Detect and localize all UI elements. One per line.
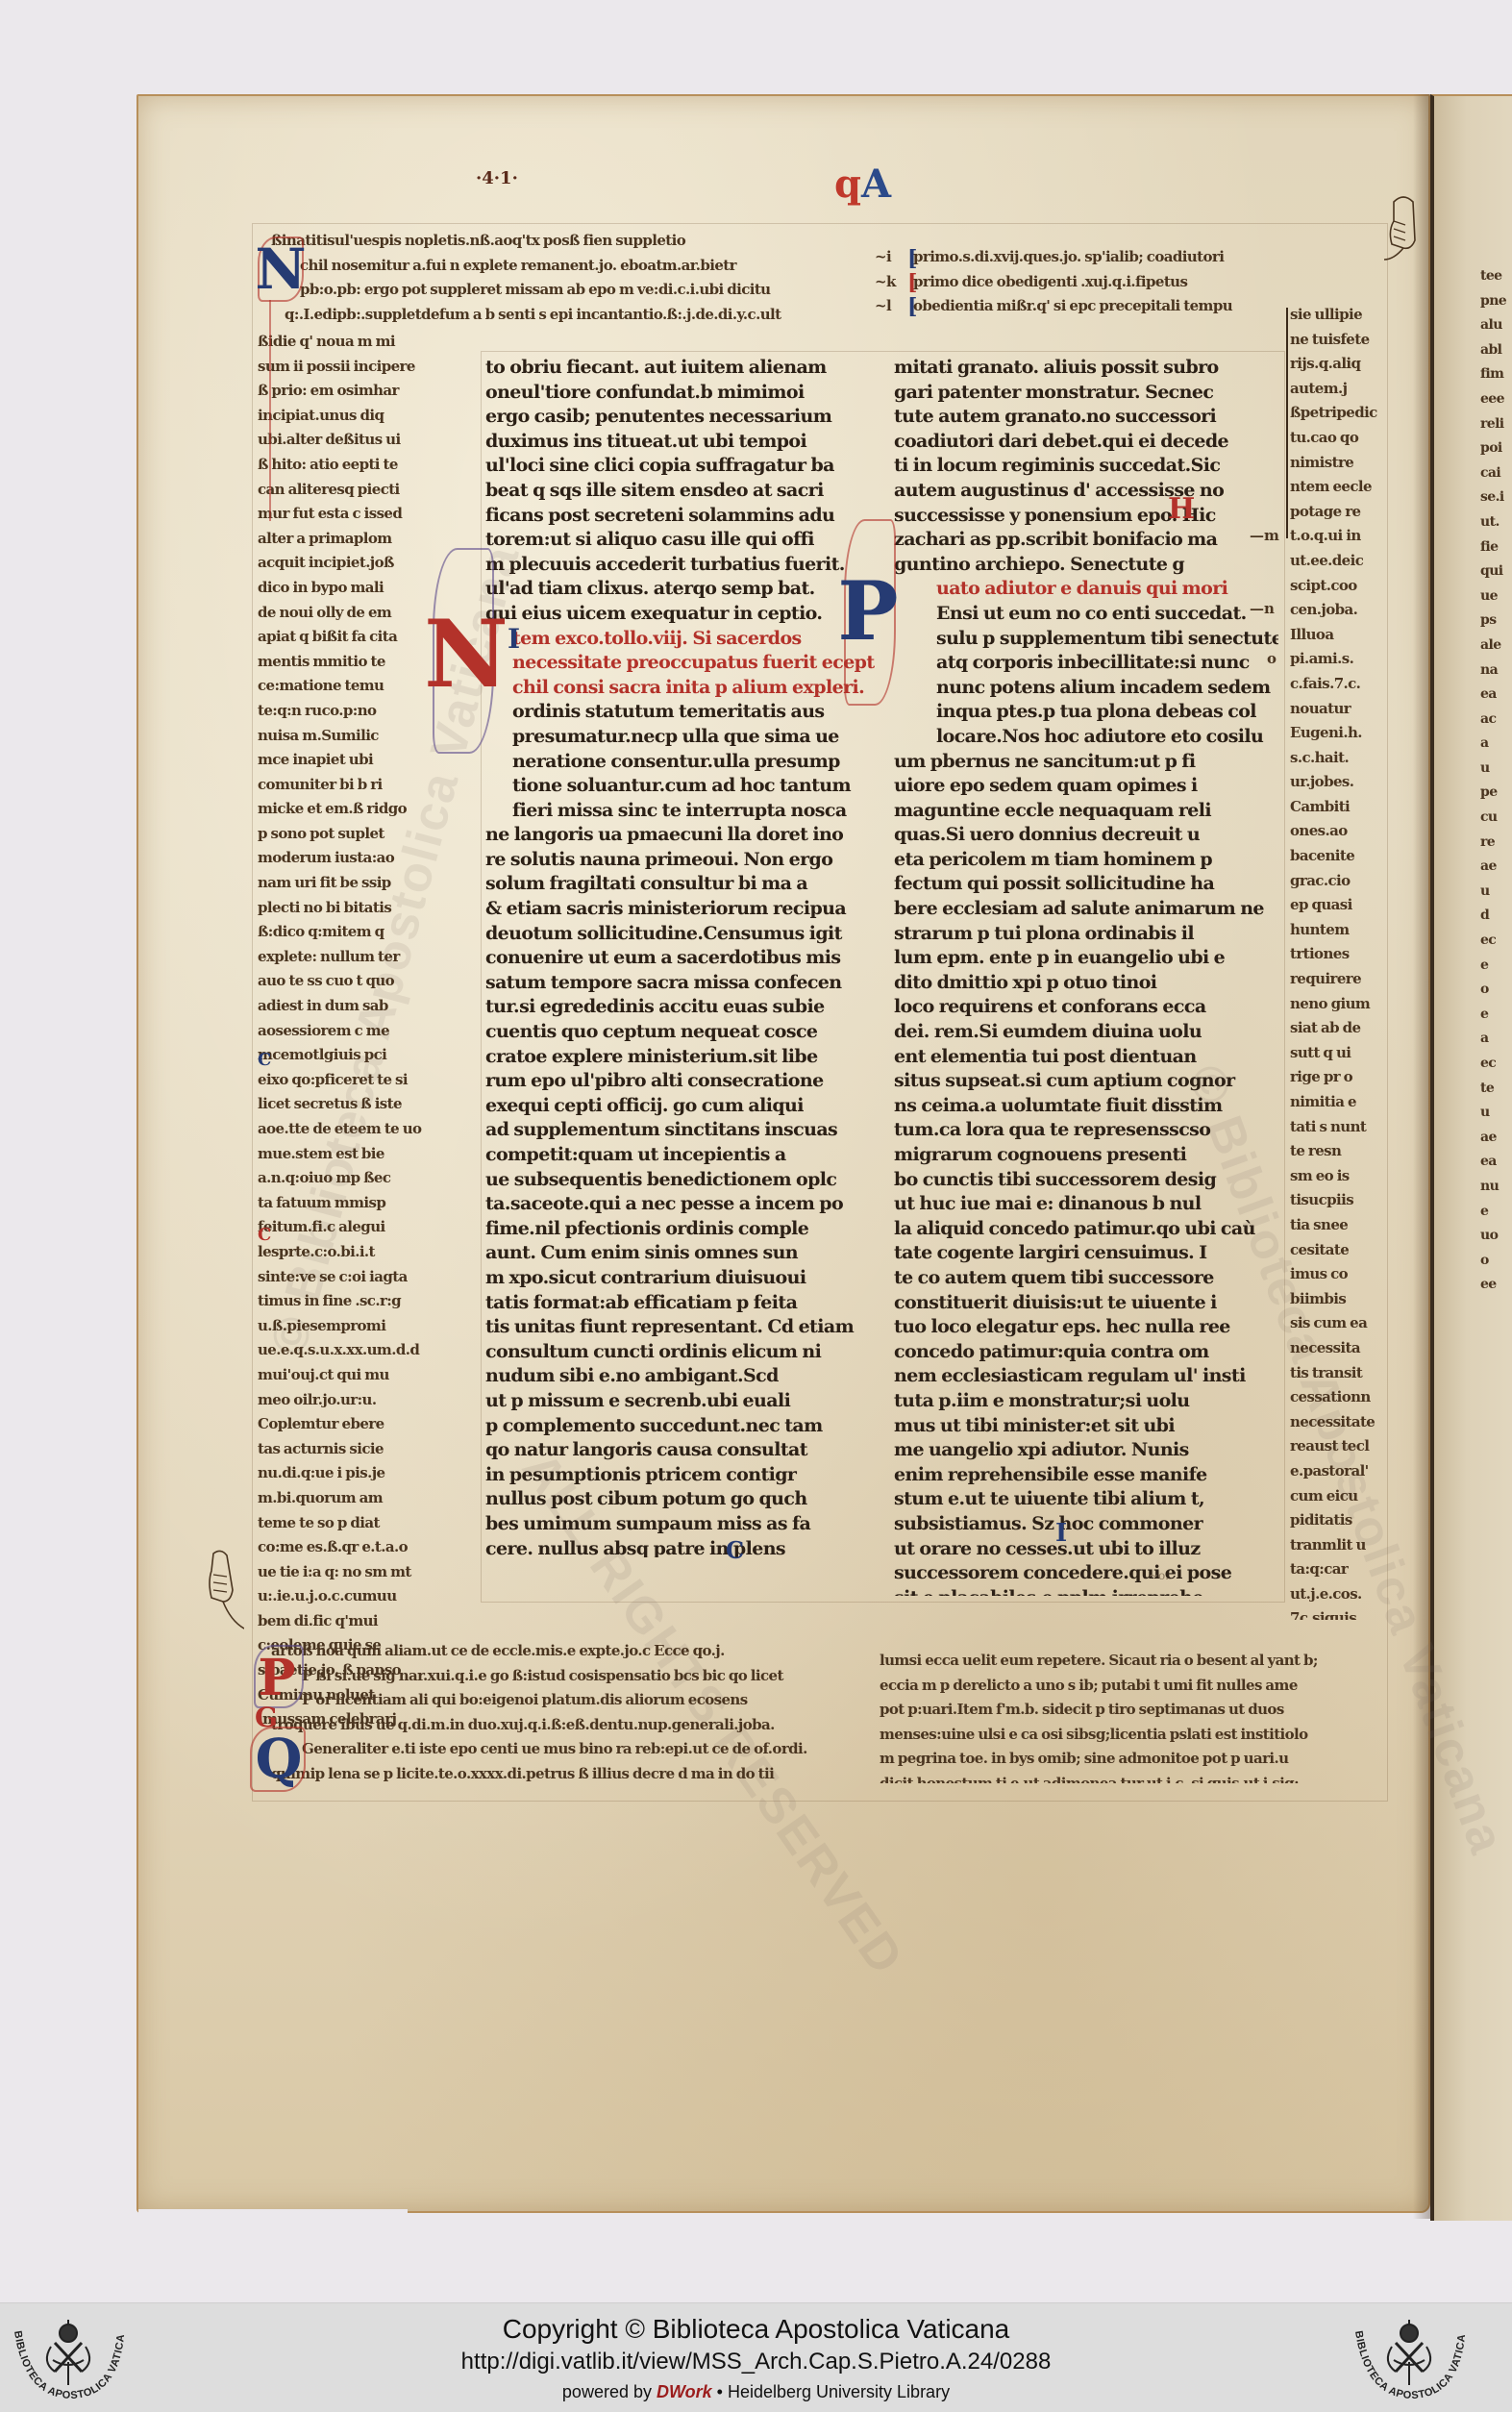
gloss-line: menses:uine ulsi e ca osi sibsg;licentia… — [880, 1723, 1351, 1748]
gloss-line: 7c.siquis — [1290, 1606, 1378, 1620]
gloss-line: Cambiti — [1290, 795, 1378, 820]
text-line: inqua ptes.p tua plona debeas col — [894, 700, 1278, 725]
text-line: aunt. Cum enim sinis omnes sun — [485, 1241, 875, 1266]
gloss-line: reaust tecl — [1290, 1434, 1378, 1459]
text-line: bes umimum sumpaum miss as fa — [485, 1512, 875, 1537]
gloss-line: a — [1480, 1027, 1512, 1052]
text-line: locare.Nos hoc adiutore eto cosilu — [894, 725, 1278, 750]
gloss-line: tu.cao qo — [1290, 426, 1378, 451]
copyright-text: Copyright © Biblioteca Apostolica Vatica… — [0, 2313, 1512, 2346]
gloss-line: ß:dico q:mitem q — [258, 920, 427, 945]
gloss-line: tati s nunt — [1290, 1115, 1378, 1140]
text-line: tate cogente largiri censuimus. I — [894, 1241, 1278, 1266]
gloss-line: ut.ee.deic — [1290, 549, 1378, 574]
text-line: nullus post cibum potum go quch — [485, 1487, 875, 1512]
gloss-line: potage re — [1290, 500, 1378, 525]
gloss-line: cu — [1480, 806, 1512, 831]
text-line: qui eius uicem exequatur in ceptio. — [485, 602, 875, 627]
gloss-line: u — [1480, 880, 1512, 905]
gloss-line: tranmlit u — [1290, 1533, 1378, 1558]
bottom-right-gloss: lumsi ecca uelit eum repetere. Sicaut ri… — [880, 1649, 1351, 1783]
text-line: exequi cepti officij. go cum aliqui — [485, 1094, 875, 1119]
paraph-c-blue: C — [258, 1050, 271, 1070]
gloss-line: reli — [1480, 412, 1512, 437]
gloss-line: nouatur — [1290, 697, 1378, 722]
gloss-line: necessitate — [1290, 1410, 1378, 1435]
gloss-line: Generaliter e.ti iste epo centi ue mus b… — [258, 1737, 834, 1762]
gloss-line: nuisa m.Sumilic — [258, 724, 427, 749]
decorated-initial-q-blue: Q — [254, 1730, 304, 1788]
gloss-line: u.ß.piesempromi — [258, 1314, 427, 1339]
text-line: strarum p tui plona ordinabis il — [894, 922, 1278, 947]
text-line: consultum cuncti ordinis elicum ni — [485, 1340, 875, 1365]
gloss-line: nam uri fit be ssip — [258, 871, 427, 896]
gloss-line: uo — [1480, 1224, 1512, 1249]
gloss-line: micke et em.ß ridgo — [258, 797, 427, 822]
gloss-line: se.i — [1480, 485, 1512, 510]
text-line: autem augustinus d' accessisse no — [894, 479, 1278, 504]
text-line: me uangelio xpi adiutor. Nunis — [894, 1438, 1278, 1463]
rubric-line: uato adiutor e danuis qui mori — [894, 577, 1278, 602]
gloss-line: artoß noa qum aliam.ut ce de eccle.mis.e… — [258, 1639, 834, 1664]
gloss-line: mentis mmitio te — [258, 650, 427, 675]
gloss-line: tee — [1480, 264, 1512, 289]
gloss-line: adiest in dum sab — [258, 994, 427, 1019]
gloss-line: ps — [1480, 609, 1512, 634]
running-head-a: A — [861, 162, 891, 207]
gloss-line: primo.s.di.xvij.ques.jo. sp'ialib; coadi… — [913, 245, 1394, 270]
gloss-line: eccia m p derelicto a uno s ib; putabi t… — [880, 1674, 1351, 1699]
gloss-line: comuniter bi b ri — [258, 773, 427, 798]
decorated-initial-n-blue: N — [261, 240, 300, 298]
margin-marker-m: —m — [1250, 527, 1279, 544]
gloss-line: trtiones — [1290, 942, 1378, 967]
text-line: ordinis statutum temeritatis aus — [485, 700, 875, 725]
gloss-line: sinte:ve se c:oi iagta — [258, 1265, 427, 1290]
gloss-line: ut. — [1480, 510, 1512, 535]
text-line: tione soluantur.cum ad hoc tantum — [485, 774, 875, 799]
gloss-line: aosessiorem c me — [258, 1019, 427, 1044]
gloss-line: plecti no bi bitatis — [258, 896, 427, 921]
gloss-line: tas acturnis sicie — [258, 1437, 427, 1462]
manicule-icon — [1384, 192, 1426, 279]
gloss-line: qui — [1480, 559, 1512, 584]
gloss-line: ntem eecle — [1290, 475, 1378, 500]
gloss-line: e — [1480, 1200, 1512, 1225]
gloss-line: quimip lena se p licite.te.o.xxxx.di.pet… — [258, 1762, 834, 1787]
gloss-line: ee — [1480, 1273, 1512, 1298]
gloss-line: u:.ie.u.j.o.c.cumuu — [258, 1584, 427, 1609]
gloss-line: de noui olly de em — [258, 601, 427, 626]
text-line: migrarum cognouens presenti — [894, 1143, 1278, 1168]
gloss-line: ec — [1480, 929, 1512, 954]
text-line: constituerit diuisis:ut te uiuente i — [894, 1291, 1278, 1316]
text-line: ne langoris ua pmaecuni lla doret ino — [485, 823, 875, 848]
permalink-url[interactable]: http://digi.vatlib.it/view/MSS_Arch.Cap.… — [0, 2348, 1512, 2376]
text-line: maguntine eccle nequaquam reli — [894, 799, 1278, 824]
text-line: fime.nil pfectionis ordinis comple — [485, 1217, 875, 1242]
text-line: quas.Si uero donnius decreuit u — [894, 823, 1278, 848]
gloss-line: dicit honestum ti e.ut adimonea tur.ut j… — [880, 1772, 1351, 1783]
gloss-line: ue tie i:a q: no sm mt — [258, 1560, 427, 1585]
paraph-blue: [ — [907, 294, 917, 319]
gloss-line: mue.stem est bie — [258, 1142, 427, 1167]
facing-page-text: tee pne alu abl fim eee reli poi cai se.… — [1480, 264, 1512, 1629]
gloss-line: Eugeni.h. — [1290, 721, 1378, 746]
text-line: atq corporis inbecillitate:si nunc — [894, 651, 1278, 676]
text-line: bo cunctis tibi successorem desig — [894, 1168, 1278, 1193]
initial-c-blue-mid: C — [726, 1536, 744, 1564]
gloss-line: ta:q:car — [1290, 1557, 1378, 1582]
gloss-line: ne tuisfete — [1290, 328, 1378, 353]
copyright-footer: Copyright © Biblioteca Apostolica Vatica… — [0, 2302, 1512, 2412]
text-line: ficans post secreteni solammins adu — [485, 504, 875, 529]
gloss-line: sie ullipie — [1290, 303, 1378, 328]
gloss-line: abl — [1480, 338, 1512, 363]
text-line: tis unitas fiunt representant. Cd etiam — [485, 1315, 875, 1340]
gloss-line: poi — [1480, 436, 1512, 461]
gloss-line: dico in bypo mali — [258, 576, 427, 601]
text-line: zachari as pp.scribit bonifacio ma — [894, 528, 1278, 553]
gloss-line: troquere ibus ue q.di.m.in duo.xuj.q.i.ß… — [258, 1713, 834, 1738]
text-line: mus ut tibi minister:et sit ubi — [894, 1414, 1278, 1439]
gloss-line: bacenite — [1290, 844, 1378, 869]
gloss-line: sis cum ea — [1290, 1311, 1378, 1336]
gloss-line: moderum iusta:ao — [258, 846, 427, 871]
gloss-line: P ßi si.ue sig nar.xui.q.i.e go ß:istud … — [258, 1664, 834, 1689]
manuscript-viewer: © Biblioteca Apostolica Vaticana ALL RIG… — [0, 0, 1512, 2302]
text-line: guntino archiepo. Senectute g — [894, 553, 1278, 578]
gloss-line: autem.j — [1290, 377, 1378, 402]
text-line: ti in locum regiminis succedat.Sic — [894, 454, 1278, 479]
text-line: la aliquid concedo patimur.qo ubi caù — [894, 1217, 1278, 1242]
text-line: mitati granato. aliuis possit subro — [894, 356, 1278, 381]
text-line: loco requirens et conforans ecca — [894, 995, 1278, 1020]
text-line: coadiutori dari debet.qui ei decede — [894, 430, 1278, 455]
gloss-line: m.bi.quorum am — [258, 1486, 427, 1511]
text-line: lum epm. ente p in euangelio ubi e — [894, 946, 1278, 971]
text-line: ul'loci sine clici copia suffragatur ba — [485, 454, 875, 479]
text-line: ut orare no cesses.ut ubi to illuz — [894, 1537, 1278, 1562]
gloss-line: eee — [1480, 387, 1512, 412]
gloss-line: P or licentiam ali qui bo:eigenoi platum… — [258, 1688, 834, 1713]
gloss-line: sutt q ui — [1290, 1041, 1378, 1066]
text-line: tum.ca lora qua te represensscso — [894, 1118, 1278, 1143]
text-line: enim reprehensibile esse manife — [894, 1463, 1278, 1488]
gloss-line: te resn — [1290, 1139, 1378, 1164]
gloss-line: m pegrina toe. in bys omib; sine admonit… — [880, 1747, 1351, 1772]
bottom-left-gloss: artoß noa qum aliam.ut ce de eccle.mis.e… — [258, 1639, 834, 1788]
gloss-line: ones.ao — [1290, 819, 1378, 844]
text-line: ergo casib; penutentes necessarium — [485, 405, 875, 430]
left-gloss-column: ßidie q' noua m mi sum ii possii inciper… — [258, 330, 427, 1743]
gloss-line: ale — [1480, 634, 1512, 659]
gloss-line: ßidie q' noua m mi — [258, 330, 427, 355]
gloss-line: ur.jobes. — [1290, 770, 1378, 795]
text-line: situs supseat.si cum aptium cognor — [894, 1069, 1278, 1094]
initial-i-blue: I — [508, 623, 520, 655]
gloss-line: o — [1480, 1249, 1512, 1274]
gloss-line: ea — [1480, 683, 1512, 708]
gloss-line: nu.di.q:ue i pis.je — [258, 1461, 427, 1486]
paraph-red: [ — [907, 270, 917, 295]
gloss-line: ep quasi — [1290, 893, 1378, 918]
gloss-line: te — [1480, 1077, 1512, 1102]
text-line: ns ceima.a uolumtate fiuit disstim — [894, 1094, 1278, 1119]
manicule-icon — [202, 1548, 244, 1634]
gloss-line: re — [1480, 831, 1512, 856]
gloss-line: nu — [1480, 1175, 1512, 1200]
text-line: tuo loco elegatur eps. hec nulla ree — [894, 1315, 1278, 1340]
initial-flourish-line — [269, 300, 271, 521]
gloss-line: d — [1480, 904, 1512, 929]
text-line: torem:ut si aliquo casu ille qui offi — [485, 528, 875, 553]
folio-number: ·4·1· — [476, 168, 518, 188]
gloss-line: huntem — [1290, 918, 1378, 943]
text-line: m plecuuis accederit turbatius fuerit. — [485, 553, 875, 578]
gloss-line: siat ab de — [1290, 1016, 1378, 1041]
gloss-line: te:q:n ruco.p:no — [258, 699, 427, 724]
gloss-line: ue.e.q.s.u.x.xx.um.d.d — [258, 1338, 427, 1363]
gloss-line: e.pastoral' — [1290, 1459, 1378, 1484]
gloss-marker: ~k — [875, 270, 904, 295]
text-line: satum tempore sacra missa confecen — [485, 971, 875, 996]
text-line: conuenire ut eum a sacerdotibus mis — [485, 946, 875, 971]
text-line: m xpo.sicut contrarium diuisuoui — [485, 1266, 875, 1291]
text-line: sit e placabiles.e pplm irreprehe — [894, 1586, 1278, 1596]
gloss-line: pb:o.pb: ergo pot suppleret missam ab ep… — [258, 278, 846, 303]
gloss-line: feitum.fi.c alegui — [258, 1215, 427, 1240]
text-line: bere ecclesiam ad salute animarum ne — [894, 897, 1278, 922]
vatican-library-logo-right: BIBLIOTECA APOSTOLICA VATICANA — [1346, 2312, 1471, 2403]
text-line: tur.si egrededinis accitu euas subie — [485, 995, 875, 1020]
text-line: tatis format:ab efficatiam p feita — [485, 1291, 875, 1316]
gloss-line: tia snee — [1290, 1213, 1378, 1238]
dwork-brand-link[interactable]: DWork — [657, 2382, 712, 2401]
gloss-line: ae — [1480, 1126, 1512, 1151]
top-right-markers: ~i ~k ~l — [875, 245, 904, 322]
text-line: sulu p supplementum tibi senectute — [894, 627, 1278, 652]
gloss-line: pi.ami.s. — [1290, 647, 1378, 672]
text-line: ul'ad tiam clixus. aterqo semp bat. — [485, 577, 875, 602]
gloss-line: biimbis — [1290, 1287, 1378, 1312]
gloss-line: u — [1480, 1101, 1512, 1126]
text-line: ut p missum e secrenb.ubi euali — [485, 1389, 875, 1414]
gloss-line: a.n.q:oiuo mp ßec — [258, 1166, 427, 1191]
gloss-line: ue — [1480, 584, 1512, 609]
gloss-line: bem di.fic q'mui — [258, 1609, 427, 1634]
gloss-line: rige pr o — [1290, 1065, 1378, 1090]
gloss-line: meo oilr.jo.ur:u. — [258, 1388, 427, 1413]
text-line: subsistiamus. Sz hoc commoner — [894, 1512, 1278, 1537]
vatican-library-logo-left: BIBLIOTECA APOSTOLICA VATICANA — [5, 2312, 130, 2403]
gloss-line: ce:matione temu — [258, 674, 427, 699]
text-line: nem ecclesiasticam regulam ul' insti — [894, 1364, 1278, 1389]
text-line: in pesumptionis ptricem contigr — [485, 1463, 875, 1488]
gloss-line: o — [1480, 978, 1512, 1003]
margin-bracket-line — [1286, 308, 1288, 538]
text-line: beat q sqs ille sitem ensdeo at sacri — [485, 479, 875, 504]
text-line: oneul'tiore confundat.b mimimoi — [485, 381, 875, 406]
gutter-shadow — [1413, 94, 1430, 2219]
text-line: duximus ins titueat.ut ubi tempoi — [485, 430, 875, 455]
text-line: deuotum sollicitudine.Censumus igit — [485, 922, 875, 947]
gloss-line: cen.joba. — [1290, 598, 1378, 623]
gloss-line: p sono pot suplet — [258, 822, 427, 847]
gloss-line: alu — [1480, 313, 1512, 338]
powered-suffix: • Heidelberg University Library — [712, 2382, 950, 2401]
gloss-line: sm eo is — [1290, 1164, 1378, 1189]
text-line: ad supplementum sinctitans inscuas — [485, 1118, 875, 1143]
gloss-line: ae — [1480, 855, 1512, 880]
footer-text: Copyright © Biblioteca Apostolica Vatica… — [0, 2303, 1512, 2403]
gloss-marker: ~i — [875, 245, 904, 270]
text-line: cratoe explere ministerium.sit libe — [485, 1045, 875, 1070]
gloss-line: u — [1480, 757, 1512, 782]
gloss-line: auo te ss cuo t quo — [258, 969, 427, 994]
text-line: um pbernus ne sancitum:ut p fi — [894, 750, 1278, 775]
gloss-line: primo dice obedigenti .xuj.q.i.fipetus — [913, 270, 1394, 295]
text-line: gari patenter monstratur. Secnec — [894, 381, 1278, 406]
gloss-line: eixo qo:pficeret te si — [258, 1068, 427, 1093]
gloss-line: ea — [1480, 1150, 1512, 1175]
text-line: & etiam sacris ministeriorum recipua — [485, 897, 875, 922]
text-line: ue subsequentis benedictionem oplc — [485, 1168, 875, 1193]
decorated-initial-n-red: N — [433, 577, 500, 731]
text-line: fectum qui possit sollicitudine ha — [894, 872, 1278, 897]
gloss-line: e — [1480, 954, 1512, 979]
decorated-initial-p-blue: P — [844, 558, 892, 663]
text-line: eta pericolem m tiam hominem p — [894, 848, 1278, 873]
paraph-c-red: C — [258, 1225, 271, 1245]
gloss-line: ec — [1480, 1052, 1512, 1077]
initial-h-red: H — [1168, 492, 1195, 526]
gloss-line: neno gium — [1290, 992, 1378, 1017]
gloss-line: a — [1480, 732, 1512, 757]
bottom-right-marker: ~o. — [1149, 1569, 1169, 1582]
gloss-line: lumsi ecca uelit eum repetere. Sicaut ri… — [880, 1649, 1351, 1674]
text-line: neratione consentur.ulla presump — [485, 750, 875, 775]
text-line: uiore epo sedem quam opimes i — [894, 774, 1278, 799]
gloss-line: can aliteresq piecti — [258, 478, 427, 503]
running-head: qA — [834, 162, 891, 207]
gloss-line: e — [1480, 1003, 1512, 1028]
text-line: re solutis nauna primeoui. Non ergo — [485, 848, 875, 873]
text-line: fieri missa sinc te interrupta nosca — [485, 799, 875, 824]
gloss-line: pne — [1480, 289, 1512, 314]
text-line: tute autem granato.no successori — [894, 405, 1278, 430]
decorated-initial-p-red: P — [258, 1649, 296, 1706]
gloss-line: timus in fine .sc.r:g — [258, 1289, 427, 1314]
gloss-line: explete: nullum ter — [258, 945, 427, 970]
gloss-line: imus co — [1290, 1262, 1378, 1287]
gloss-line: licet secretus ß iste — [258, 1092, 427, 1117]
gloss-line: cai — [1480, 461, 1512, 486]
text-line: successorem concedere.qui ei pose — [894, 1561, 1278, 1586]
gloss-line: q:.I.edipb:.suppletdefum a b senti s epi… — [258, 303, 846, 328]
right-text-column: mitati granato. aliuis possit subro gari… — [894, 356, 1278, 1596]
gloss-line: cessationn — [1290, 1385, 1378, 1410]
text-line: dei. rem.Si eumdem diuina uolu — [894, 1020, 1278, 1045]
gloss-line: ß prio: em osimhar — [258, 379, 427, 404]
folio-torn-edge — [138, 2209, 408, 2223]
rubric-line: chil consi sacra inita p alium expleri. — [485, 676, 875, 701]
gloss-line: s.c.hait. — [1290, 746, 1378, 771]
margin-marker-o: o — [1267, 650, 1277, 667]
gloss-line: fim — [1480, 362, 1512, 387]
text-line: stum e.ut te uiuente tibi alium t, — [894, 1487, 1278, 1512]
gloss-line: mce inapiet ubi — [258, 748, 427, 773]
gloss-marker: ~l — [875, 294, 904, 319]
gloss-line: c.fais.7.c. — [1290, 672, 1378, 697]
text-line: ut huc iue mai e: dinanous b nul — [894, 1192, 1278, 1217]
text-line: nudum sibi e.no ambigant.Scd — [485, 1364, 875, 1389]
gloss-line: grac.cio — [1290, 869, 1378, 894]
gloss-line: requirere — [1290, 967, 1378, 992]
text-line: to obriu fiecant. aut iuitem alienam — [485, 356, 875, 381]
powered-by-text: powered by DWork • Heidelberg University… — [0, 2380, 1512, 2403]
gloss-line: na — [1480, 659, 1512, 684]
gloss-line: teme te so p diat — [258, 1511, 427, 1536]
text-line: competit:quam ut incepientis a — [485, 1143, 875, 1168]
gloss-line: nimitia e — [1290, 1090, 1378, 1115]
text-line: qo natur langoris causa consultat — [485, 1438, 875, 1463]
powered-prefix: powered by — [562, 2382, 657, 2401]
middle-text-column: to obriu fiecant. aut iuitem alienam one… — [485, 356, 875, 1557]
gloss-line: lesprte.c:o.bi.i.t — [258, 1240, 427, 1265]
gloss-line: t.o.q.ui in — [1290, 524, 1378, 549]
text-line: p complemento succedunt.nec tam — [485, 1414, 875, 1439]
gloss-line: tis transit — [1290, 1361, 1378, 1386]
initial-i-blue-right: I — [1055, 1519, 1067, 1548]
gloss-line: ubi.alter deßitus ui — [258, 428, 427, 453]
gloss-line: piditatis — [1290, 1508, 1378, 1533]
text-line: ta.saceote.qui a nec pesse a incem po — [485, 1192, 875, 1217]
gloss-line: ß hito: atio eepti te — [258, 453, 427, 478]
gloss-line: ßpetripedic — [1290, 401, 1378, 426]
text-line: cuentis quo ceptum nequeat cosce — [485, 1020, 875, 1045]
gloss-line: Quia s p siß iste affectane no debuit co… — [258, 1787, 834, 1788]
gloss-line: cesitate — [1290, 1238, 1378, 1263]
text-line: ent elementia tui post dientuan — [894, 1045, 1278, 1070]
text-line: rum epo ul'pibro alti consecratione — [485, 1069, 875, 1094]
margin-marker-n: —n — [1250, 600, 1275, 617]
text-line: solum fragiltati consultur bi ma a — [485, 872, 875, 897]
gloss-line: mui'ouj.ct qui mu — [258, 1363, 427, 1388]
gloss-line: pe — [1480, 781, 1512, 806]
papal-keys-icon: BIBLIOTECA APOSTOLICA VATICANA — [5, 2312, 130, 2403]
rubric-line: tem exco.tollo.viij. Si sacerdos — [485, 627, 875, 652]
text-line: successisse y ponensium epo. Hic — [894, 504, 1278, 529]
text-line: concedo patimur:quia contra om — [894, 1340, 1278, 1365]
gloss-line: nimistre — [1290, 451, 1378, 476]
gloss-line: necessita — [1290, 1336, 1378, 1361]
gloss-line: pot p:uari.Item f'm.b. sidecit p tiro se… — [880, 1698, 1351, 1723]
gloss-line: chil nosemitur a.fui n explete remanent.… — [258, 254, 846, 279]
gloss-line: rijs.q.aliq — [1290, 352, 1378, 377]
text-line: te co autem quem tibi successore — [894, 1266, 1278, 1291]
papal-keys-icon: BIBLIOTECA APOSTOLICA VATICANA — [1346, 2312, 1471, 2403]
rubric-line: necessitate preoccupatus fuerit ecepta — [485, 651, 875, 676]
gloss-line: incipiat.unus diq — [258, 404, 427, 429]
gloss-line: apiat q bißit fa cita — [258, 625, 427, 650]
gloss-line: ac — [1480, 708, 1512, 733]
gloss-line: aoe.tte de eteem te uo — [258, 1117, 427, 1142]
text-line: dito dmittio xpi p otuo tinoi — [894, 971, 1278, 996]
text-line: cere. nullus absq patre in plens — [485, 1537, 875, 1558]
gloss-line: alter a primaplom — [258, 527, 427, 552]
running-head-q: q — [834, 162, 861, 207]
